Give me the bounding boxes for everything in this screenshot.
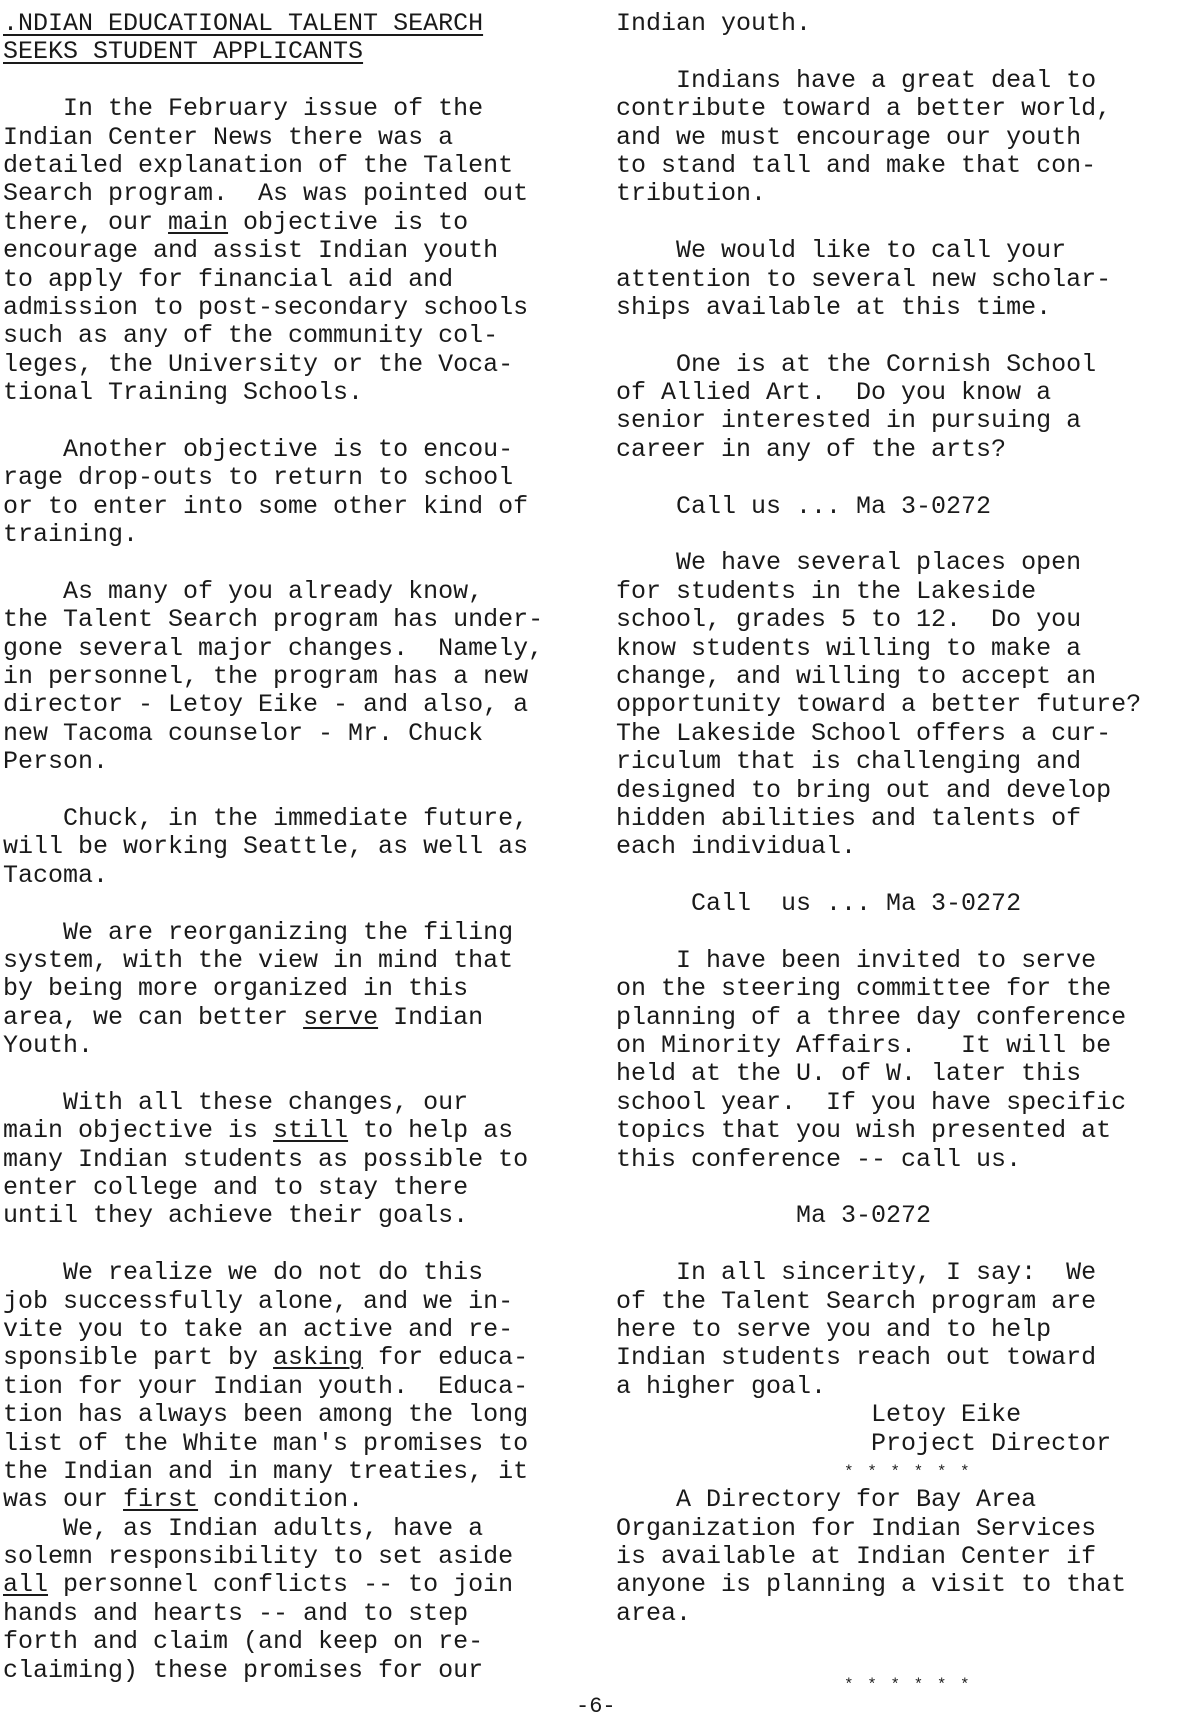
underlined-word: all [3,1570,48,1599]
text-line: One is at the Cornish School [616,351,1202,379]
paragraph: One is at the Cornish Schoolof Allied Ar… [616,351,1202,465]
text-line: Chuck, in the immediate future, [3,805,593,833]
text-line: rage drop-outs to return to school [3,464,593,492]
text-line: main objective is still to help as [3,1117,593,1145]
paragraph: In all sincerity, I say: Weof the Talent… [616,1259,1202,1458]
text-line: each individual. [616,833,1202,861]
paragraph: Call us ... Ma 3-0272 [616,493,1202,521]
text-line: solemn responsibility to set aside [3,1543,593,1571]
text-line: Indian Center News there was a [3,124,593,152]
paragraph-gap [616,209,1202,237]
text-line: the Indian and in many treaties, it [3,1458,593,1486]
text-line: Youth. [3,1032,593,1060]
text-line: Indians have a great deal to [616,67,1202,95]
text-line: all personnel conflicts -- to join [3,1571,593,1599]
text-line: Letoy Eike [616,1401,1202,1429]
text-line: a higher goal. [616,1373,1202,1401]
text-line: until they achieve their goals. [3,1202,593,1230]
text-line: Indian youth. [616,10,1202,38]
text-line: Call us ... Ma 3-0272 [616,493,1202,521]
text-line: list of the White man's promises to [3,1430,593,1458]
text-line: to apply for financial aid and [3,266,593,294]
star-divider: * * * * * * [616,1458,1202,1486]
paragraph: I have been invited to serveon the steer… [616,947,1202,1174]
text-line: Indian students reach out toward [616,1344,1202,1372]
text-line: sponsible part by asking for educa- [3,1344,593,1372]
text-line: tional Training Schools. [3,379,593,407]
text-line: change, and willing to accept an [616,663,1202,691]
paragraph-gap [616,38,1202,66]
text-line: to stand tall and make that con- [616,152,1202,180]
text-line: vite you to take an active and re- [3,1316,593,1344]
text-line: by being more organized in this [3,975,593,1003]
text-line: many Indian students as possible to [3,1146,593,1174]
text-line: know students willing to make a [616,635,1202,663]
page-number: -6- [576,1693,616,1721]
text-line: for students in the Lakeside [616,578,1202,606]
left-column: .NDIAN EDUCATIONAL TALENT SEARCH SEEKS S… [3,10,593,1685]
text-line: school year. If you have specific [616,1089,1202,1117]
text-line: ships available at this time. [616,294,1202,322]
text-line: system, with the view in mind that [3,947,593,975]
headline-line: .NDIAN EDUCATIONAL TALENT SEARCH [3,10,593,38]
paragraph-gap [616,521,1202,549]
paragraph-gap [3,1231,593,1259]
text-line: riculum that is challenging and [616,748,1202,776]
paragraph: In the February issue of theIndian Cente… [3,95,593,407]
paragraph: As many of you already know,the Talent S… [3,578,593,777]
underlined-word: still [273,1116,348,1145]
underlined-word: first [123,1485,198,1514]
paragraph-gap [3,890,593,918]
text-line: Project Director [616,1430,1202,1458]
text-line: held at the U. of W. later this [616,1060,1202,1088]
paragraph: We realize we do not do thisjob successf… [3,1259,593,1515]
text-line: Ma 3-0272 [616,1202,1202,1230]
text-line: We realize we do not do this [3,1259,593,1287]
text-line: Search program. As was pointed out [3,180,593,208]
text-line: As many of you already know, [3,578,593,606]
text-line: this conference -- call us. [616,1146,1202,1174]
text-line: on Minority Affairs. It will be [616,1032,1202,1060]
text-line: training. [3,521,593,549]
paragraph-gap [616,919,1202,947]
text-line: and we must encourage our youth [616,124,1202,152]
text-line: here to serve you and to help [616,1316,1202,1344]
text-line: topics that you wish presented at [616,1117,1202,1145]
text-line: A Directory for Bay Area [616,1486,1202,1514]
text-line: Organization for Indian Services [616,1515,1202,1543]
text-line: planning of a three day conference [616,1004,1202,1032]
text-line: of the Talent Search program are [616,1288,1202,1316]
underlined-word: main [168,208,228,237]
text-line: hidden abilities and talents of [616,805,1202,833]
text-line: or to enter into some other kind of [3,493,593,521]
text-line: senior interested in pursuing a [616,407,1202,435]
text-line: We would like to call your [616,237,1202,265]
text-line: In all sincerity, I say: We [616,1259,1202,1287]
text-line: enter college and to stay there [3,1174,593,1202]
paragraph-gap [616,862,1202,890]
paragraph-gap [616,1628,1202,1656]
text-line: Person. [3,748,593,776]
paragraph: Chuck, in the immediate future,will be w… [3,805,593,890]
text-line: claiming) these promises for our [3,1657,593,1685]
text-line: I have been invited to serve [616,947,1202,975]
text-line: new Tacoma counselor - Mr. Chuck [3,720,593,748]
left-column-body: In the February issue of theIndian Cente… [3,67,593,1685]
underlined-word: asking [273,1343,363,1372]
text-line: detailed explanation of the Talent [3,152,593,180]
paragraph-gap [616,464,1202,492]
text-line: Another objective is to encou- [3,436,593,464]
text-line: there, our main objective is to [3,209,593,237]
text-line: In the February issue of the [3,95,593,123]
text-line: of Allied Art. Do you know a [616,379,1202,407]
paragraph-gap [3,407,593,435]
paragraph: We would like to call yourattention to s… [616,237,1202,322]
paragraph: Indians have a great deal tocontribute t… [616,67,1202,209]
text-line: admission to post-secondary schools [3,294,593,322]
text-line: area, we can better serve Indian [3,1004,593,1032]
text-line: forth and claim (and keep on re- [3,1628,593,1656]
text-line: leges, the University or the Voca- [3,351,593,379]
text-line: school, grades 5 to 12. Do you [616,606,1202,634]
paragraph-gap [616,1174,1202,1202]
paragraph: We have several places openfor students … [616,549,1202,861]
paragraph: We are reorganizing the filingsystem, wi… [3,919,593,1061]
star-divider: * * * * * * [616,1671,1202,1699]
text-line: We are reorganizing the filing [3,919,593,947]
paragraph: Call us ... Ma 3-0272 [616,890,1202,918]
text-line: director - Letoy Eike - and also, a [3,691,593,719]
underlined-word: serve [303,1003,378,1032]
paragraph: A Directory for Bay AreaOrganization for… [616,1486,1202,1628]
text-line: on the steering committee for the [616,975,1202,1003]
paragraph: We, as Indian adults, have asolemn respo… [3,1515,593,1685]
paragraph-gap [616,1657,1202,1671]
text-line: tion has always been among the long [3,1401,593,1429]
headline-line: SEEKS STUDENT APPLICANTS [3,38,593,66]
text-line: Call us ... Ma 3-0272 [616,890,1202,918]
paragraph-gap [616,322,1202,350]
text-line: attention to several new scholar- [616,266,1202,294]
paragraph: Indian youth. [616,10,1202,38]
paragraph-gap [3,67,593,95]
paragraph: With all these changes, ourmain objectiv… [3,1089,593,1231]
paragraph-gap [3,549,593,577]
text-line: designed to bring out and develop [616,777,1202,805]
text-line: in personnel, the program has a new [3,663,593,691]
text-line: Tacoma. [3,862,593,890]
article-headline: .NDIAN EDUCATIONAL TALENT SEARCH SEEKS S… [3,10,593,67]
text-line: gone several major changes. Namely, [3,635,593,663]
text-line: encourage and assist Indian youth [3,237,593,265]
text-line: anyone is planning a visit to that [616,1571,1202,1599]
text-line: the Talent Search program has under- [3,606,593,634]
text-line: such as any of the community col- [3,322,593,350]
text-line: is available at Indian Center if [616,1543,1202,1571]
text-line: career in any of the arts? [616,436,1202,464]
text-line: The Lakeside School offers a cur- [616,720,1202,748]
text-line: area. [616,1600,1202,1628]
paragraph-gap [3,1060,593,1088]
text-line: We, as Indian adults, have a [3,1515,593,1543]
text-line: contribute toward a better world, [616,95,1202,123]
text-line: was our first condition. [3,1486,593,1514]
text-line: We have several places open [616,549,1202,577]
text-line: With all these changes, our [3,1089,593,1117]
text-line: opportunity toward a better future? [616,691,1202,719]
text-line: tion for your Indian youth. Educa- [3,1373,593,1401]
paragraph-gap [616,1231,1202,1259]
paragraph-gap [3,777,593,805]
right-column: Indian youth. Indians have a great deal … [616,10,1202,1699]
text-line: job successfully alone, and we in- [3,1288,593,1316]
text-line: hands and hearts -- and to step [3,1600,593,1628]
text-line: will be working Seattle, as well as [3,833,593,861]
text-line: tribution. [616,180,1202,208]
paragraph: Another objective is to encou-rage drop-… [3,436,593,550]
paragraph: Ma 3-0272 [616,1202,1202,1230]
